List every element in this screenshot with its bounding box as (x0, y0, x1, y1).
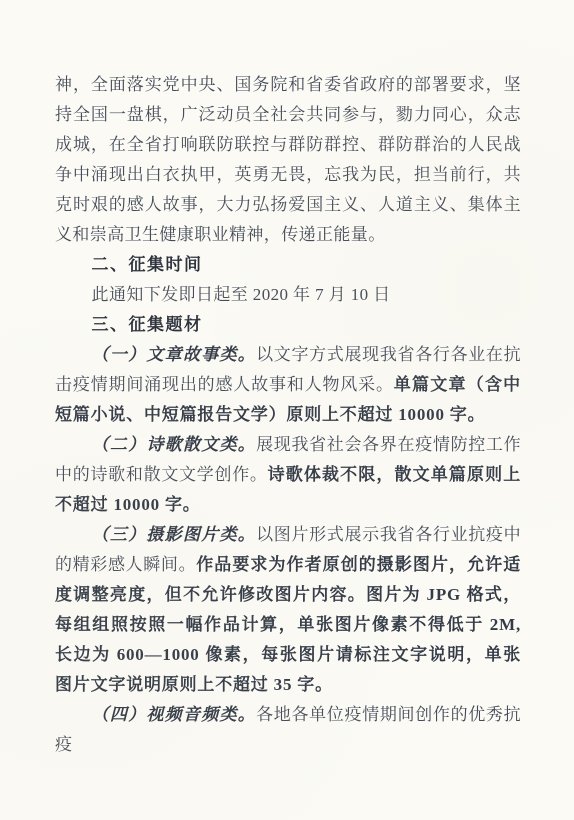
paragraph-continuation: 神，全面落实党中央、国务院和省委省政府的部署要求，坚持全国一盘棋，广泛动员全社会… (55, 70, 521, 250)
text-segment-normal: 此通知下发即日起至 2020 年 7 月 10 日 (92, 285, 391, 304)
paragraph-category-4: （四）视频音频类。各地各单位疫情期间创作的优秀抗疫 (55, 700, 521, 760)
document-body: 神，全面落实党中央、国务院和省委省政府的部署要求，坚持全国一盘棋，广泛动员全社会… (55, 70, 521, 760)
heading-section-2: 二、征集时间 (55, 250, 521, 280)
text-segment-kaiti: （四）视频音频类。 (92, 705, 257, 724)
text-segment-kaiti: （二）诗歌散文类。 (92, 435, 257, 454)
paragraph-category-3: （三）摄影图片类。以图片形式展示我省各行业抗疫中的精彩感人瞬间。作品要求为作者原… (55, 520, 521, 700)
text-segment-heading: 三、征集题材 (92, 315, 203, 334)
paragraph-deadline: 此通知下发即日起至 2020 年 7 月 10 日 (55, 280, 521, 310)
text-segment-heading: 二、征集时间 (92, 255, 203, 274)
paragraph-category-2: （二）诗歌散文类。展现我省社会各界在疫情防控工作中的诗歌和散文文学创作。诗歌体裁… (55, 430, 521, 520)
text-segment-normal: 神，全面落实党中央、国务院和省委省政府的部署要求，坚持全国一盘棋，广泛动员全社会… (55, 75, 521, 244)
text-segment-kaiti: （一）文章故事类。 (92, 345, 257, 364)
text-segment-bold: 作品要求为作者原创的摄影图片，允许适度调整亮度，但不允许修改图片内容。图片为 J… (55, 555, 521, 694)
heading-section-3: 三、征集题材 (55, 310, 521, 340)
text-segment-kaiti: （三）摄影图片类。 (92, 525, 257, 544)
paragraph-category-1: （一）文章故事类。以文字方式展现我省各行各业在抗击疫情期间涌现出的感人故事和人物… (55, 340, 521, 430)
scanned-document-page: 神，全面落实党中央、国务院和省委省政府的部署要求，坚持全国一盘棋，广泛动员全社会… (0, 0, 574, 820)
